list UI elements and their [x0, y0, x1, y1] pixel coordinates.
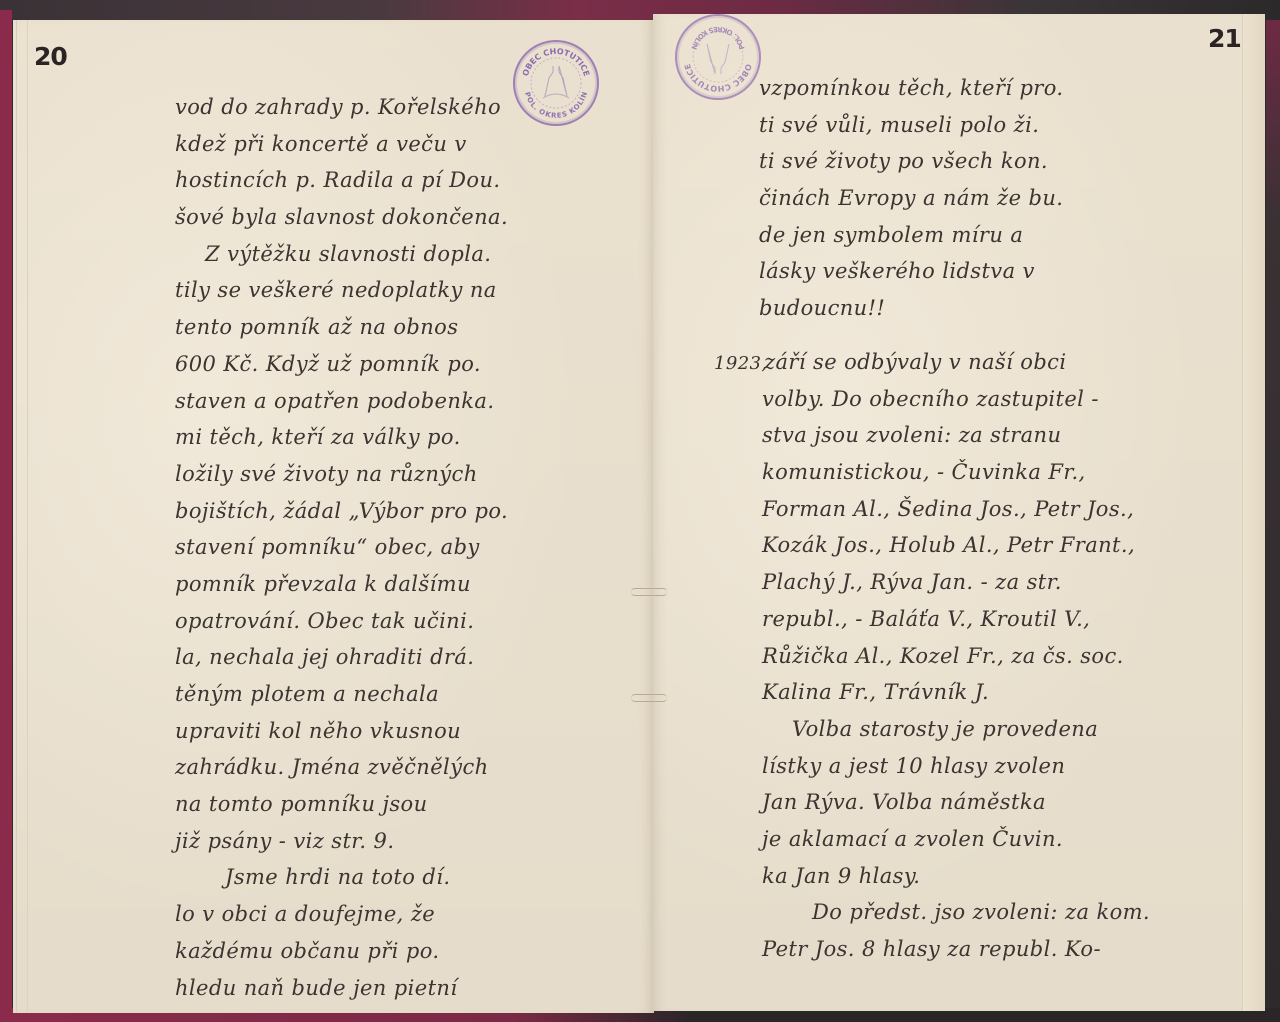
svg-text:POL. OKRES KOLÍN: POL. OKRES KOLÍN: [689, 25, 746, 51]
handwritten-line: Petr Jos. 8 hlasy za republ. Ko-: [714, 931, 1150, 968]
handwritten-line: bojištích, žádal „Výbor pro po.: [175, 493, 508, 530]
handwritten-line: ka Jan 9 hlasy.: [714, 858, 1150, 895]
handwritten-line: Forman Al., Šedina Jos., Petr Jos.,: [714, 491, 1150, 528]
handwritten-line: staven a opatřen podobenka.: [175, 383, 508, 420]
svg-text:POL. OKRES KOLÍN: POL. OKRES KOLÍN: [523, 91, 589, 120]
handwritten-line: Plachý J., Rýva Jan. - za str.: [714, 564, 1150, 601]
right-page-paragraph-1: vzpomínkou těch, kteří pro. ti své vůli,…: [759, 70, 1064, 327]
handwritten-line: vod do zahrady p. Kořelského: [175, 89, 508, 126]
handwritten-line-text: září se odbývaly v naší obci: [764, 350, 1066, 374]
binding-stitch: [631, 588, 667, 596]
handwritten-line: již psány - viz str. 9.: [175, 823, 508, 860]
binding-stitch: [631, 694, 667, 702]
handwritten-line: tily se veškeré nedoplatky na: [175, 272, 508, 309]
handwritten-line: činách Evropy a nám že bu.: [759, 180, 1064, 217]
municipal-stamp-left: OBEC CHOTUTICE POL. OKRES KOLÍN: [513, 40, 599, 126]
handwritten-line: zahrádku. Jména zvěčnělých: [175, 749, 508, 786]
handwritten-line: Kozák Jos., Holub Al., Petr Frant.,: [714, 527, 1150, 564]
handwritten-line: lístky a jest 10 hlasy zvolen: [714, 748, 1150, 785]
handwritten-line: vzpomínkou těch, kteří pro.: [759, 70, 1064, 107]
handwritten-line: šové byla slavnost dokončena.: [175, 199, 508, 236]
svg-text:OBEC CHOTUTICE: OBEC CHOTUTICE: [683, 63, 753, 93]
handwritten-line: Volba starosty je provedena: [714, 711, 1150, 748]
handwritten-line: těným plotem a nechala: [175, 676, 508, 713]
handwritten-line: Kalina Fr., Trávník J.: [714, 674, 1150, 711]
handwritten-line: na tomto pomníku jsou: [175, 786, 508, 823]
handwritten-line: Do předst. jso zvoleni: za kom.: [714, 894, 1150, 931]
handwritten-line: 600 Kč. Když už pomník po.: [175, 346, 508, 383]
handwritten-line: la, nechala jej ohraditi drá.: [175, 639, 508, 676]
handwritten-line: Jan Rýva. Volba náměstka: [714, 784, 1150, 821]
svg-text:OBEC CHOTUTICE: OBEC CHOTUTICE: [521, 47, 591, 77]
handwritten-line: ti své životy po všech kon.: [759, 143, 1064, 180]
handwritten-line: kdež při koncertě a veču v: [175, 126, 508, 163]
stamp-emblem-icon: OBEC CHOTUTICE POL. OKRES KOLÍN: [515, 42, 597, 124]
handwritten-line: lásky veškerého lidstva v: [759, 253, 1064, 290]
handwritten-line: stavení pomníku“ obec, aby: [175, 529, 508, 566]
handwritten-line: hostincích p. Radila a pí Dou.: [175, 162, 508, 199]
handwritten-line: Růžička Al., Kozel Fr., za čs. soc.: [714, 638, 1150, 675]
handwritten-line: je aklamací a zvolen Čuvin.: [714, 821, 1150, 858]
handwritten-line: opatrování. Obec tak učini.: [175, 603, 508, 640]
book-cover-left-edge: [0, 10, 12, 1015]
handwritten-line: ložily své životy na různých: [175, 456, 508, 493]
entry-year: 1923,: [714, 346, 764, 383]
right-page: 21 OBEC CHOTUTICE POL. OKRES KOLÍN vzpom…: [653, 14, 1265, 1011]
handwritten-line: pomník převzala k dalšímu: [175, 566, 508, 603]
handwritten-line: stva jsou zvoleni: za stranu: [714, 417, 1150, 454]
handwritten-line: komunistickou, - Čuvinka Fr.,: [714, 454, 1150, 491]
handwritten-line: volby. Do obecního zastupitel -: [714, 381, 1150, 418]
book-cover-right-edge: [1266, 20, 1280, 1010]
handwritten-line: mi těch, kteří za války po.: [175, 419, 508, 456]
handwritten-line: upraviti kol něho vkusnou: [175, 713, 508, 750]
handwritten-line: de jen symbolem míru a: [759, 217, 1064, 254]
handwritten-line: budoucnu!!: [759, 290, 1064, 327]
municipal-stamp-right: OBEC CHOTUTICE POL. OKRES KOLÍN: [675, 14, 761, 100]
handwritten-line: 1923,září se odbývaly v naší obci: [714, 344, 1150, 381]
handwritten-line: tento pomník až na obnos: [175, 309, 508, 346]
page-number-right: 21: [1208, 24, 1241, 53]
handwritten-line: každému občanu při po.: [175, 933, 508, 970]
left-page-text: vod do zahrady p. Kořelského kdež při ko…: [175, 89, 508, 1006]
handwritten-line: ti své vůli, museli polo ži.: [759, 107, 1064, 144]
handwritten-line: Jsme hrdi na toto dí.: [175, 859, 508, 896]
handwritten-line: republ., - Baláťa V., Kroutil V.,: [714, 601, 1150, 638]
left-page: 20 OBEC CHOTUTICE POL. OKRES KOLÍN vod d…: [13, 20, 654, 1013]
handwritten-line: lo v obci a doufejme, že: [175, 896, 508, 933]
page-number-left: 20: [34, 42, 67, 71]
stamp-emblem-icon: OBEC CHOTUTICE POL. OKRES KOLÍN: [677, 16, 759, 98]
right-page-paragraph-2: 1923,září se odbývaly v naší obci volby.…: [714, 344, 1150, 968]
handwritten-line: Z výtěžku slavnosti dopla.: [175, 236, 508, 273]
handwritten-line: hledu naň bude jen pietní: [175, 970, 508, 1007]
